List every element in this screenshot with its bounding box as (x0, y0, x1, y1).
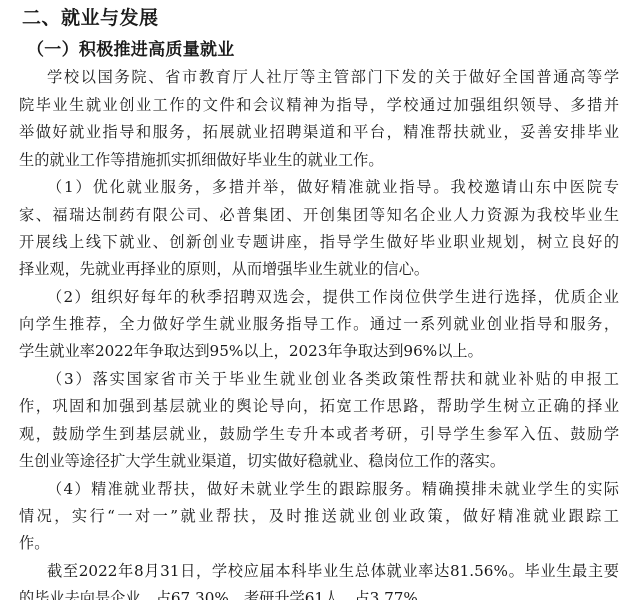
text-line: 院毕业生就业创业工作的文件和会议精神为指导，学校通过加强组织领导、多措并 (19, 95, 619, 115)
text-line: 择业观，先就业再择业的原则，从而增强毕业生就业的信心。 (19, 259, 619, 279)
text-line: （3）落实国家省市关于毕业生就业创业各类政策性帮扶和就业补贴的申报工 (47, 369, 619, 389)
text-line: 作，巩固和加强到基层就业的舆论导向，拓宽工作思路，帮助学生树立正确的择业 (19, 396, 619, 416)
document-page: 二、就业与发展 （一）积极推进高质量就业 学校以国务院、省市教育厅人社厅等主管部… (0, 0, 634, 600)
section-heading: 二、就业与发展 (22, 3, 159, 30)
text-line: （1）优化就业服务，多措并举，做好精准就业指导。我校邀请山东中医院专 (47, 177, 619, 197)
text-line: （2）组织好每年的秋季招聘双选会，提供工作岗位供学生进行选择，优质企业 (47, 287, 619, 307)
text-line: 向学生推荐，全力做好学生就业服务指导工作。通过一系列就业创业指导和服务， (19, 314, 619, 334)
text-line: 生创业等途径扩大学生就业渠道，切实做好稳就业、稳岗位工作的落实。 (19, 451, 619, 471)
text-line: 举做好就业指导和服务，拓展就业招聘渠道和平台，精准帮扶就业，妥善安排毕业 (19, 122, 619, 142)
text-line: 学生就业率2022年争取达到95%以上，2023年争取达到96%以上。 (19, 341, 619, 361)
text-line: 观，鼓励学生到基层就业，鼓励学生专升本或者考研，引导学生参军入伍、鼓励学 (19, 424, 619, 444)
text-line: 情况，实行“一对一”就业帮扶，及时推送就业创业政策，做好精准就业跟踪工 (19, 506, 619, 526)
text-line: 家、福瑞达制药有限公司、必普集团、开创集团等知名企业人力资源为我校毕业生 (19, 205, 619, 225)
text-line: （4）精准就业帮扶，做好未就业学生的跟踪服务。精确摸排未就业学生的实际 (47, 479, 619, 499)
text-line: 生的就业工作等措施抓实抓细做好毕业生的就业工作。 (19, 150, 619, 170)
text-line: 学校以国务院、省市教育厅人社厅等主管部门下发的关于做好全国普通高等学 (47, 67, 619, 87)
text-line: 截至2022年8月31日，学校应届本科毕业生总体就业率达81.56%。毕业生最主… (47, 561, 619, 581)
text-line: 作。 (19, 533, 619, 553)
subsection-heading: （一）积极推进高质量就业 (27, 35, 235, 60)
text-line: 开展线上线下就业、创新创业专题讲座，指导学生做好毕业职业规划，树立良好的 (19, 232, 619, 252)
text-line: 的毕业去向是企业，占67.30%。考研升学61人，占3.77%。 (19, 588, 619, 600)
